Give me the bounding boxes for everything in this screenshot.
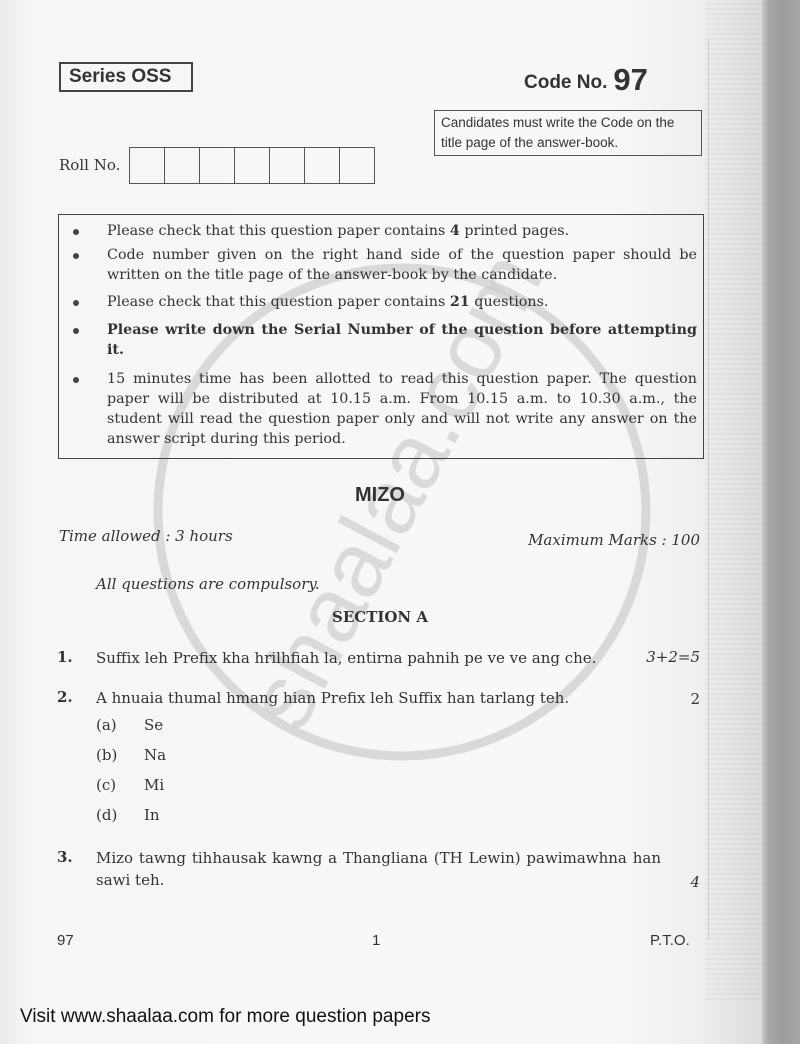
option-label: (a) [96, 716, 117, 734]
roll-number-cell[interactable] [304, 147, 340, 184]
question-text: Mizo tawng tihhausak kawng a Thangliana … [96, 847, 661, 891]
instruction-item: 15 minutes time has been allotted to rea… [107, 369, 697, 449]
roll-number-cell[interactable] [199, 147, 235, 184]
compulsory-note: All questions are compulsory. [96, 575, 320, 593]
option-text: Se [144, 716, 163, 734]
roll-number-cell[interactable] [339, 147, 375, 184]
code-number: Code No.97 [524, 62, 648, 98]
question-number: 2. [57, 688, 73, 706]
instruction-item: Code number given on the right hand side… [107, 245, 697, 285]
question-text: A hnuaia thumal hmang hian Prefix leh Su… [96, 687, 569, 709]
code-note: Candidates must write the Code on the ti… [434, 110, 702, 156]
question-marks: 2 [690, 690, 700, 708]
option-text: Na [144, 746, 166, 764]
roll-number-label: Roll No. [59, 156, 120, 174]
question-number: 1. [57, 648, 73, 666]
subject-title: MIZO [0, 484, 760, 507]
bullet-icon [73, 253, 79, 259]
roll-number-cell[interactable] [269, 147, 305, 184]
bullet-icon [73, 377, 79, 383]
visit-link[interactable]: Visit www.shaalaa.com for more question … [20, 1006, 430, 1028]
option-text: In [144, 806, 160, 824]
bullet-icon [73, 229, 79, 235]
instruction-item: Please check that this question paper co… [107, 221, 697, 241]
code-label: Code No. [524, 72, 607, 93]
bullet-icon [73, 328, 79, 334]
question-number: 3. [57, 848, 73, 866]
time-allowed: Time allowed : 3 hours [59, 527, 233, 545]
instruction-item: Please check that this question paper co… [107, 292, 697, 312]
roll-number-cell[interactable] [129, 147, 165, 184]
scan-edge [762, 0, 800, 1044]
series-label: Series OSS [59, 62, 193, 92]
bullet-icon [73, 300, 79, 306]
roll-number-cell[interactable] [164, 147, 200, 184]
option-label: (d) [96, 806, 117, 824]
question-text: Suffix leh Prefix kha hrilhfiah la, enti… [96, 647, 596, 669]
instructions-box: Please check that this question paper co… [58, 214, 704, 459]
pto-label: P.T.O. [650, 932, 690, 949]
question-marks: 3+2=5 [646, 648, 700, 666]
footer-code: 97 [57, 932, 74, 949]
section-heading: SECTION A [0, 608, 760, 626]
page-number: 1 [372, 932, 380, 949]
roll-number-cell[interactable] [234, 147, 270, 184]
option-label: (b) [96, 746, 117, 764]
option-label: (c) [96, 776, 116, 794]
roll-number-boxes [130, 147, 375, 184]
maximum-marks: Maximum Marks : 100 [528, 531, 700, 549]
instruction-item: Please write down the Serial Number of t… [107, 320, 697, 360]
question-marks: 4 [690, 873, 700, 891]
option-text: Mi [144, 776, 164, 794]
code-value: 97 [613, 62, 647, 97]
